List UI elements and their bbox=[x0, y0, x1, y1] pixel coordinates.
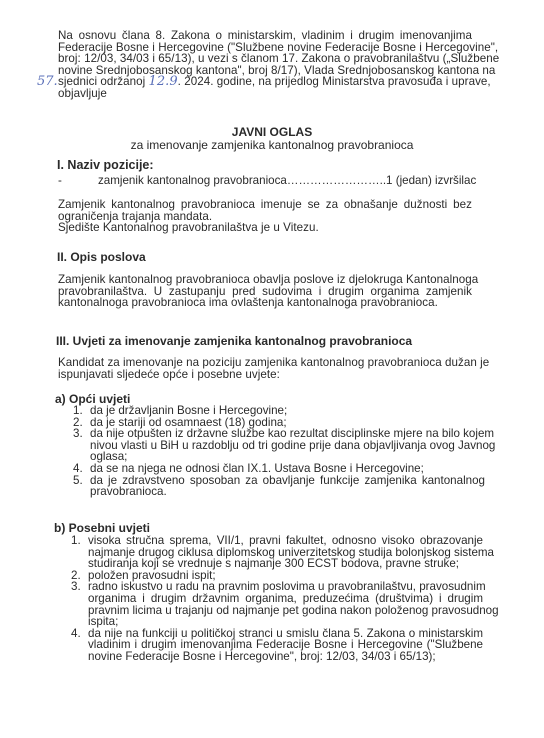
intro-paragraph: Na osnovu člana 8. Zakona o ministarskim… bbox=[58, 30, 472, 100]
list-item-number: 1. bbox=[71, 535, 81, 547]
intro-line-session: sjednici održanoj 12.9. 2024. godine, na… bbox=[58, 76, 472, 88]
intro-line: Na osnovu člana 8. Zakona o ministarskim… bbox=[58, 30, 472, 42]
document-subtitle: za imenovanje zamjenika kantonalnog prav… bbox=[0, 138, 544, 152]
special-conditions-heading: b) Posebni uvjeti bbox=[54, 521, 150, 535]
list-item: 5.da je zdravstveno sposoban za obavljan… bbox=[73, 475, 485, 498]
list-item-line: da se na njega ne odnosi član IX.1. Usta… bbox=[90, 463, 485, 475]
section-2-heading: II. Opis poslova bbox=[57, 250, 146, 264]
scanned-document-page: Na osnovu člana 8. Zakona o ministarskim… bbox=[0, 0, 544, 738]
list-item-text: radno iskustvo u radu na pravnim poslovi… bbox=[88, 581, 483, 627]
list-item-number: 1. bbox=[73, 405, 83, 417]
list-item-line: organima i drugim državnim organima, pre… bbox=[88, 593, 483, 605]
list-item-line: da je državljanin Bosne i Hercegovine; bbox=[90, 405, 485, 417]
position-dots: …………………….. bbox=[287, 174, 386, 187]
list-item-text: da nije na funkciji u političkoj stranci… bbox=[88, 628, 483, 663]
list-item: 4.da se na njega ne odnosi član IX.1. Us… bbox=[73, 463, 485, 475]
paragraph-line: Kandidat za imenovanje na poziciju zamje… bbox=[58, 357, 458, 369]
list-item-text: da je državljanin Bosne i Hercegovine; bbox=[90, 405, 485, 417]
list-item-number: 3. bbox=[71, 581, 81, 593]
list-item-text: visoka stručna sprema, VII/1, pravni fak… bbox=[88, 535, 483, 570]
paragraph-line: Zamjenik kantonalnog pravobranioca obavl… bbox=[58, 274, 472, 286]
list-item-text: da se na njega ne odnosi član IX.1. Usta… bbox=[90, 463, 485, 475]
list-item: 1.da je državljanin Bosne i Hercegovine; bbox=[73, 405, 485, 417]
list-item: 1.visoka stručna sprema, VII/1, pravni f… bbox=[71, 535, 483, 570]
list-item-line: novine Federacije Bosne i Hercegovine", … bbox=[88, 651, 483, 663]
list-item-number: 4. bbox=[73, 463, 83, 475]
position-bullet: - bbox=[58, 174, 62, 187]
list-item: 3.radno iskustvo u radu na pravnim poslo… bbox=[71, 581, 483, 627]
list-item-text: da nije otpušten iz državne službe kao r… bbox=[90, 428, 485, 463]
section-1-heading: I. Naziv pozicije: bbox=[57, 158, 154, 172]
paragraph-line: kantonalnoga pravobranioca ima ovlaštenj… bbox=[58, 297, 472, 309]
document-title: JAVNI OGLAS bbox=[0, 125, 544, 139]
list-item: 3.da nije otpušten iz državne službe kao… bbox=[73, 428, 485, 463]
section-3-heading: III. Uvjeti za imenovanje zamjenika kant… bbox=[56, 334, 412, 348]
list-item-line: visoka stručna sprema, VII/1, pravni fak… bbox=[88, 535, 483, 547]
section-3-paragraph: Kandidat za imenovanje na poziciju zamje… bbox=[58, 357, 458, 380]
list-item-text: da je zdravstveno sposoban za obavljanje… bbox=[90, 475, 485, 498]
list-item: 4.da nije na funkciji u političkoj stran… bbox=[71, 628, 483, 663]
section-2-paragraph: Zamjenik kantonalnog pravobranioca obavl… bbox=[58, 274, 472, 309]
intro-text: . 2024. godine, na prijedlog Ministarstv… bbox=[178, 75, 491, 88]
paragraph-line: Sjedište Kantonalnog pravobranilaštva je… bbox=[58, 222, 472, 234]
list-item-line: pravnim licima u trajanju od najmanje pe… bbox=[88, 605, 483, 617]
list-item-number: 5. bbox=[73, 475, 83, 487]
list-item-number: 3. bbox=[73, 428, 83, 440]
section-1-paragraph: Zamjenik kantonalnog pravobranioca imenu… bbox=[58, 199, 472, 234]
handwritten-date: 12.9 bbox=[149, 74, 178, 89]
paragraph-line: Zamjenik kantonalnog pravobranioca imenu… bbox=[58, 199, 472, 211]
position-name: zamjenik kantonalnog pravobranioca bbox=[98, 174, 287, 187]
intro-line: objavljuje bbox=[58, 88, 472, 100]
position-count: 1 (jedan) izvršilac bbox=[386, 174, 476, 187]
handwritten-session-number: 57. bbox=[37, 74, 58, 89]
paragraph-line: ispunjavati sljedeće opće i posebne uvje… bbox=[58, 369, 458, 381]
list-item-line: nivou vlasti u BiH u razdoblju od tri go… bbox=[90, 440, 485, 452]
list-item-number: 4. bbox=[71, 628, 81, 640]
list-item-line: pravobranioca. bbox=[90, 486, 485, 498]
position-line: zamjenik kantonalnog pravobranioca………………… bbox=[98, 174, 476, 187]
